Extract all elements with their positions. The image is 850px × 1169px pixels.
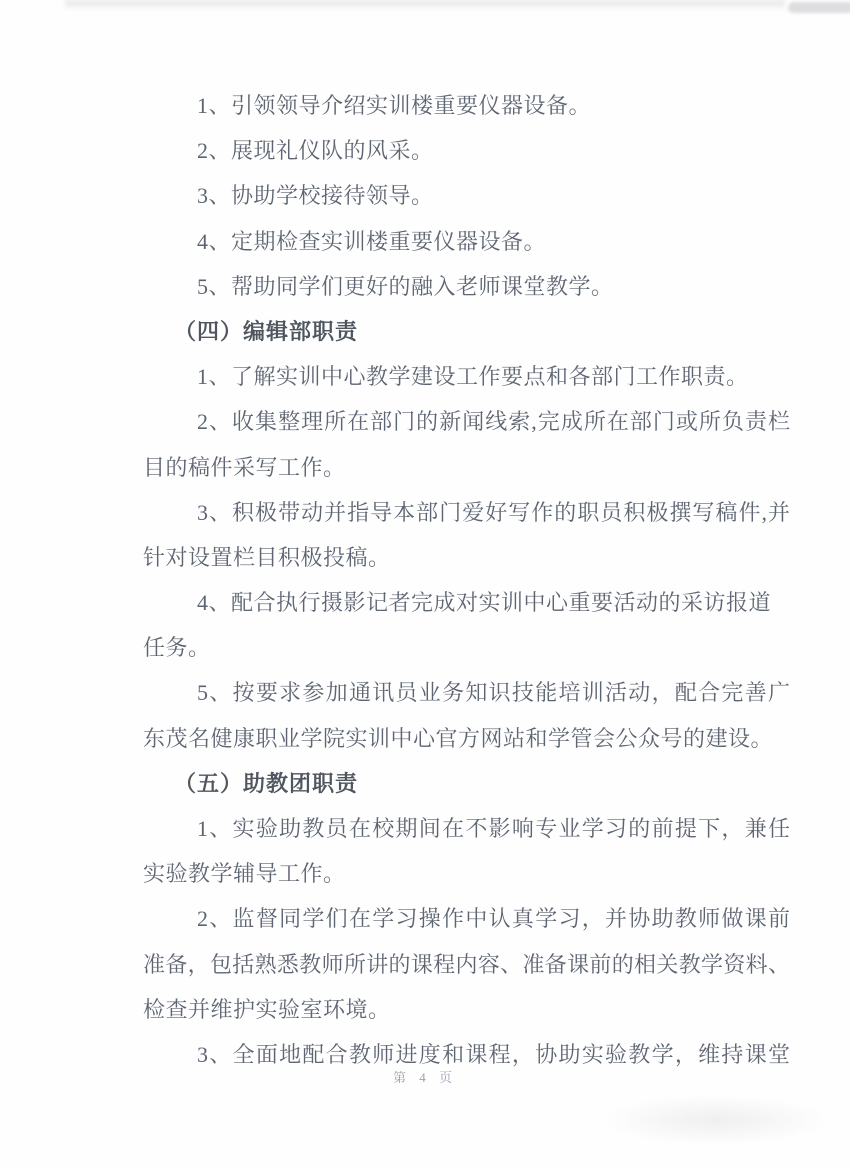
scan-artifact-bottom-right	[600, 1095, 830, 1145]
body-line: 5、帮助同学们更好的融入老师课堂教学。	[143, 264, 790, 309]
body-line: 4、定期检查实训楼重要仪器设备。	[143, 219, 790, 264]
body-line: 针对设置栏目积极投稿。	[143, 535, 790, 580]
body-line: 5、按要求参加通讯员业务知识技能培训活动，配合完善广	[143, 670, 790, 715]
document-page: 1、引领领导介绍实训楼重要仪器设备。 2、展现礼仪队的风采。 3、协助学校接待领…	[0, 0, 850, 1169]
page-number: 第 4 页	[0, 1068, 850, 1088]
body-line: 1、引领领导介绍实训楼重要仪器设备。	[143, 83, 790, 128]
section-heading: （四）编辑部职责	[143, 309, 790, 354]
body-line: 任务。	[143, 625, 790, 670]
body-line: 检查并维护实验室环境。	[143, 987, 790, 1032]
scan-artifact-top-right	[788, 2, 850, 13]
body-line: 1、实验助教员在校期间在不影响专业学习的前提下，兼任	[143, 806, 790, 851]
body-line: 准备，包括熟悉教师所讲的课程内容、准备课前的相关教学资料、	[143, 942, 790, 987]
body-line: 4、配合执行摄影记者完成对实训中心重要活动的采访报道	[143, 580, 790, 625]
body-line: 3、积极带动并指导本部门爱好写作的职员积极撰写稿件,并	[143, 490, 790, 535]
body-line: 1、了解实训中心教学建设工作要点和各部门工作职责。	[143, 354, 790, 399]
document-body: 1、引领领导介绍实训楼重要仪器设备。 2、展现礼仪队的风采。 3、协助学校接待领…	[143, 83, 790, 1077]
body-line: 3、协助学校接待领导。	[143, 173, 790, 218]
section-heading: （五）助教团职责	[143, 761, 790, 806]
body-line: 实验教学辅导工作。	[143, 851, 790, 896]
body-line: 目的稿件采写工作。	[143, 445, 790, 490]
body-line: 2、收集整理所在部门的新闻线索,完成所在部门或所负责栏	[143, 399, 790, 444]
body-line: 东茂名健康职业学院实训中心官方网站和学管会公众号的建设。	[143, 716, 790, 761]
body-line: 2、展现礼仪队的风采。	[143, 128, 790, 173]
body-line: 2、监督同学们在学习操作中认真学习，并协助教师做课前	[143, 896, 790, 941]
scan-artifact-top-band	[65, 0, 785, 11]
